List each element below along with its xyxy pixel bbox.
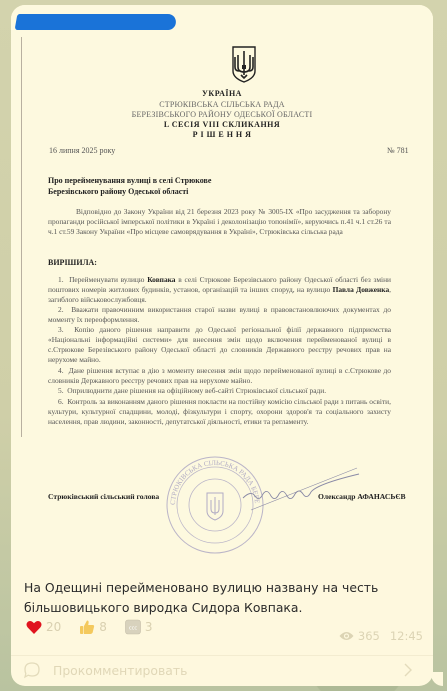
reaction-count: 8	[99, 620, 107, 634]
item-text: Перейменувати вулицю	[69, 275, 147, 284]
item-number: 3.	[58, 325, 64, 334]
document-title: Про перейменування вулиці в селі Стрюков…	[48, 175, 211, 197]
chevron-right-icon	[403, 662, 413, 678]
message-bubble: УКРАЇНА СТРЮКІВСЬКА СІЛЬСЬКА РАДА БЕРЕЗІ…	[11, 5, 433, 686]
item-text: Оприлюднити дане рішення на офіційному в…	[67, 386, 326, 395]
item-6: 6. Контроль за виконанням даного рішення…	[48, 397, 391, 427]
message-time: 12:45	[390, 629, 423, 643]
reactions-bar: 20 8 ccc 3	[26, 619, 171, 635]
heart-icon	[26, 620, 42, 635]
title-line-2: Березівського району Одеської області	[48, 186, 211, 197]
old-street-name: Ковпака	[147, 275, 175, 284]
signer-title: Стрюківський сільський голова	[48, 492, 159, 501]
eye-icon	[339, 631, 354, 641]
reaction-count: 20	[46, 620, 61, 634]
post-caption: На Одещині перейменовано вулицю названу …	[24, 578, 424, 618]
document-image[interactable]: УКРАЇНА СТРЮКІВСЬКА СІЛЬСЬКА РАДА БЕРЕЗІ…	[11, 5, 433, 550]
document-number: № 781	[387, 146, 409, 155]
view-count: 365	[358, 629, 380, 643]
item-2: 2. Вважати правочинним використання стар…	[48, 305, 391, 325]
item-1: 1. Перейменувати вулицю Ковпака в селі С…	[48, 275, 391, 305]
reaction-heart[interactable]: 20	[26, 620, 61, 635]
comment-button[interactable]: Прокомментировать	[23, 660, 423, 680]
comment-divider	[11, 655, 433, 656]
message-meta: 365 12:45	[339, 629, 423, 643]
preamble-text: Відповідно до Закону України від 21 бере…	[48, 207, 391, 236]
item-5: 5. Оприлюднити дане рішення на офіційном…	[48, 386, 391, 396]
svg-text:ccc: ccc	[129, 626, 137, 632]
comment-bubble-icon	[23, 661, 41, 679]
item-3: 3. Копію даного рішення направити до Оде…	[48, 325, 391, 365]
item-text: Копію даного рішення направити до Одеськ…	[48, 325, 391, 364]
coat-of-arms-icon	[231, 45, 257, 83]
item-4: 4. Дане рішення вступає в дію з моменту …	[48, 366, 391, 386]
poop-icon: ccc	[125, 619, 141, 635]
new-street-name: Павла Довженка	[333, 285, 390, 294]
caption-line-1: На Одещині перейменовано вулицю названу …	[24, 578, 424, 598]
header-doc-type: Р І Ш Е Н Н Я	[11, 129, 433, 140]
preamble: Відповідно до Закону України від 21 бере…	[48, 207, 391, 237]
header-country: УКРАЇНА	[11, 88, 433, 99]
redaction-mark	[15, 14, 178, 30]
item-text: Контроль за виконанням даного рішення по…	[48, 397, 391, 426]
reaction-poop[interactable]: ccc 3	[125, 619, 153, 635]
decided-label: ВИРІШИЛА:	[48, 258, 97, 267]
caption-line-2: більшовицького виродка Сидора Ковпака.	[24, 598, 424, 618]
item-number: 6.	[58, 397, 64, 406]
item-text: Дане рішення вступає в дію з моменту вне…	[48, 366, 391, 385]
signature	[241, 460, 361, 520]
comment-label: Прокомментировать	[53, 663, 187, 678]
reaction-thumbs-up[interactable]: 8	[79, 619, 107, 635]
item-text: Вважати правочинним використання старої …	[48, 305, 391, 324]
thumbs-up-icon	[79, 619, 95, 635]
document-date: 16 липня 2025 року	[49, 146, 115, 155]
item-number: 2.	[58, 305, 64, 314]
item-number: 4.	[58, 366, 64, 375]
title-line-1: Про перейменування вулиці в селі Стрюков…	[48, 175, 211, 186]
item-number: 5.	[58, 386, 64, 395]
signer-name: Олександр АФАНАСЬЄВ	[318, 492, 406, 501]
bubble-tail	[431, 672, 443, 686]
reaction-count: 3	[145, 620, 153, 634]
item-number: 1.	[58, 275, 64, 284]
